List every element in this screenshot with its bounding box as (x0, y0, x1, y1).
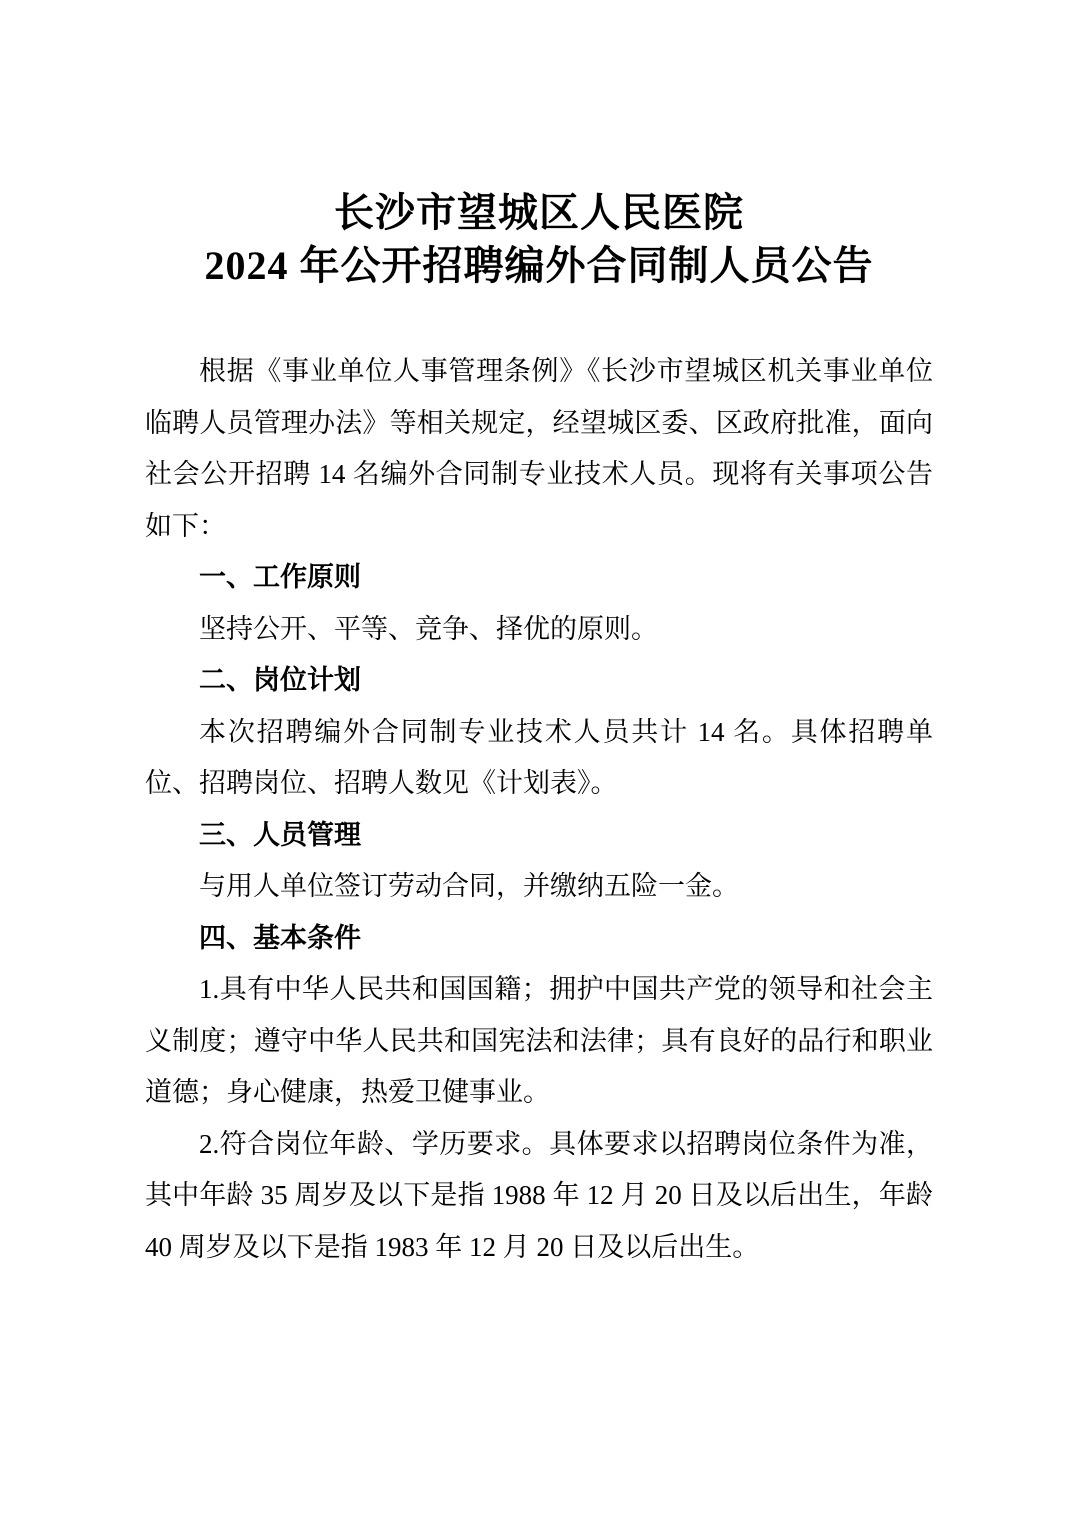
section-paragraph: 坚持公开、平等、竞争、择优的原则。 (145, 604, 933, 656)
document-body: 根据《事业单位人事管理条例》《长沙市望城区机关事业单位临聘人员管理办法》等相关规… (145, 346, 933, 1273)
document-title-line-1: 长沙市望城区人民医院 (145, 186, 933, 239)
section-heading: 一、工作原则 (145, 552, 933, 604)
section-paragraph: 2.符合岗位年龄、学历要求。具体要求以招聘岗位条件为准，其中年龄 35 周岁及以… (145, 1119, 933, 1274)
section-work-principles: 一、工作原则 坚持公开、平等、竞争、择优的原则。 (145, 552, 933, 655)
section-heading: 二、岗位计划 (145, 655, 933, 707)
section-heading: 三、人员管理 (145, 810, 933, 862)
section-basic-requirements: 四、基本条件 1.具有中华人民共和国国籍；拥护中国共产党的领导和社会主义制度；遵… (145, 913, 933, 1274)
document-title: 长沙市望城区人民医院 2024 年公开招聘编外合同制人员公告 (145, 186, 933, 292)
section-personnel-management: 三、人员管理 与用人单位签订劳动合同，并缴纳五险一金。 (145, 810, 933, 913)
section-post-plan: 二、岗位计划 本次招聘编外合同制专业技术人员共计 14 名。具体招聘单位、招聘岗… (145, 655, 933, 810)
section-paragraph: 与用人单位签订劳动合同，并缴纳五险一金。 (145, 861, 933, 913)
section-paragraph: 本次招聘编外合同制专业技术人员共计 14 名。具体招聘单位、招聘岗位、招聘人数见… (145, 707, 933, 810)
section-paragraph: 1.具有中华人民共和国国籍；拥护中国共产党的领导和社会主义制度；遵守中华人民共和… (145, 964, 933, 1119)
document-page: 长沙市望城区人民医院 2024 年公开招聘编外合同制人员公告 根据《事业单位人事… (0, 0, 1074, 1520)
intro-paragraph: 根据《事业单位人事管理条例》《长沙市望城区机关事业单位临聘人员管理办法》等相关规… (145, 346, 933, 552)
section-heading: 四、基本条件 (145, 913, 933, 965)
document-title-line-2: 2024 年公开招聘编外合同制人员公告 (145, 239, 933, 292)
